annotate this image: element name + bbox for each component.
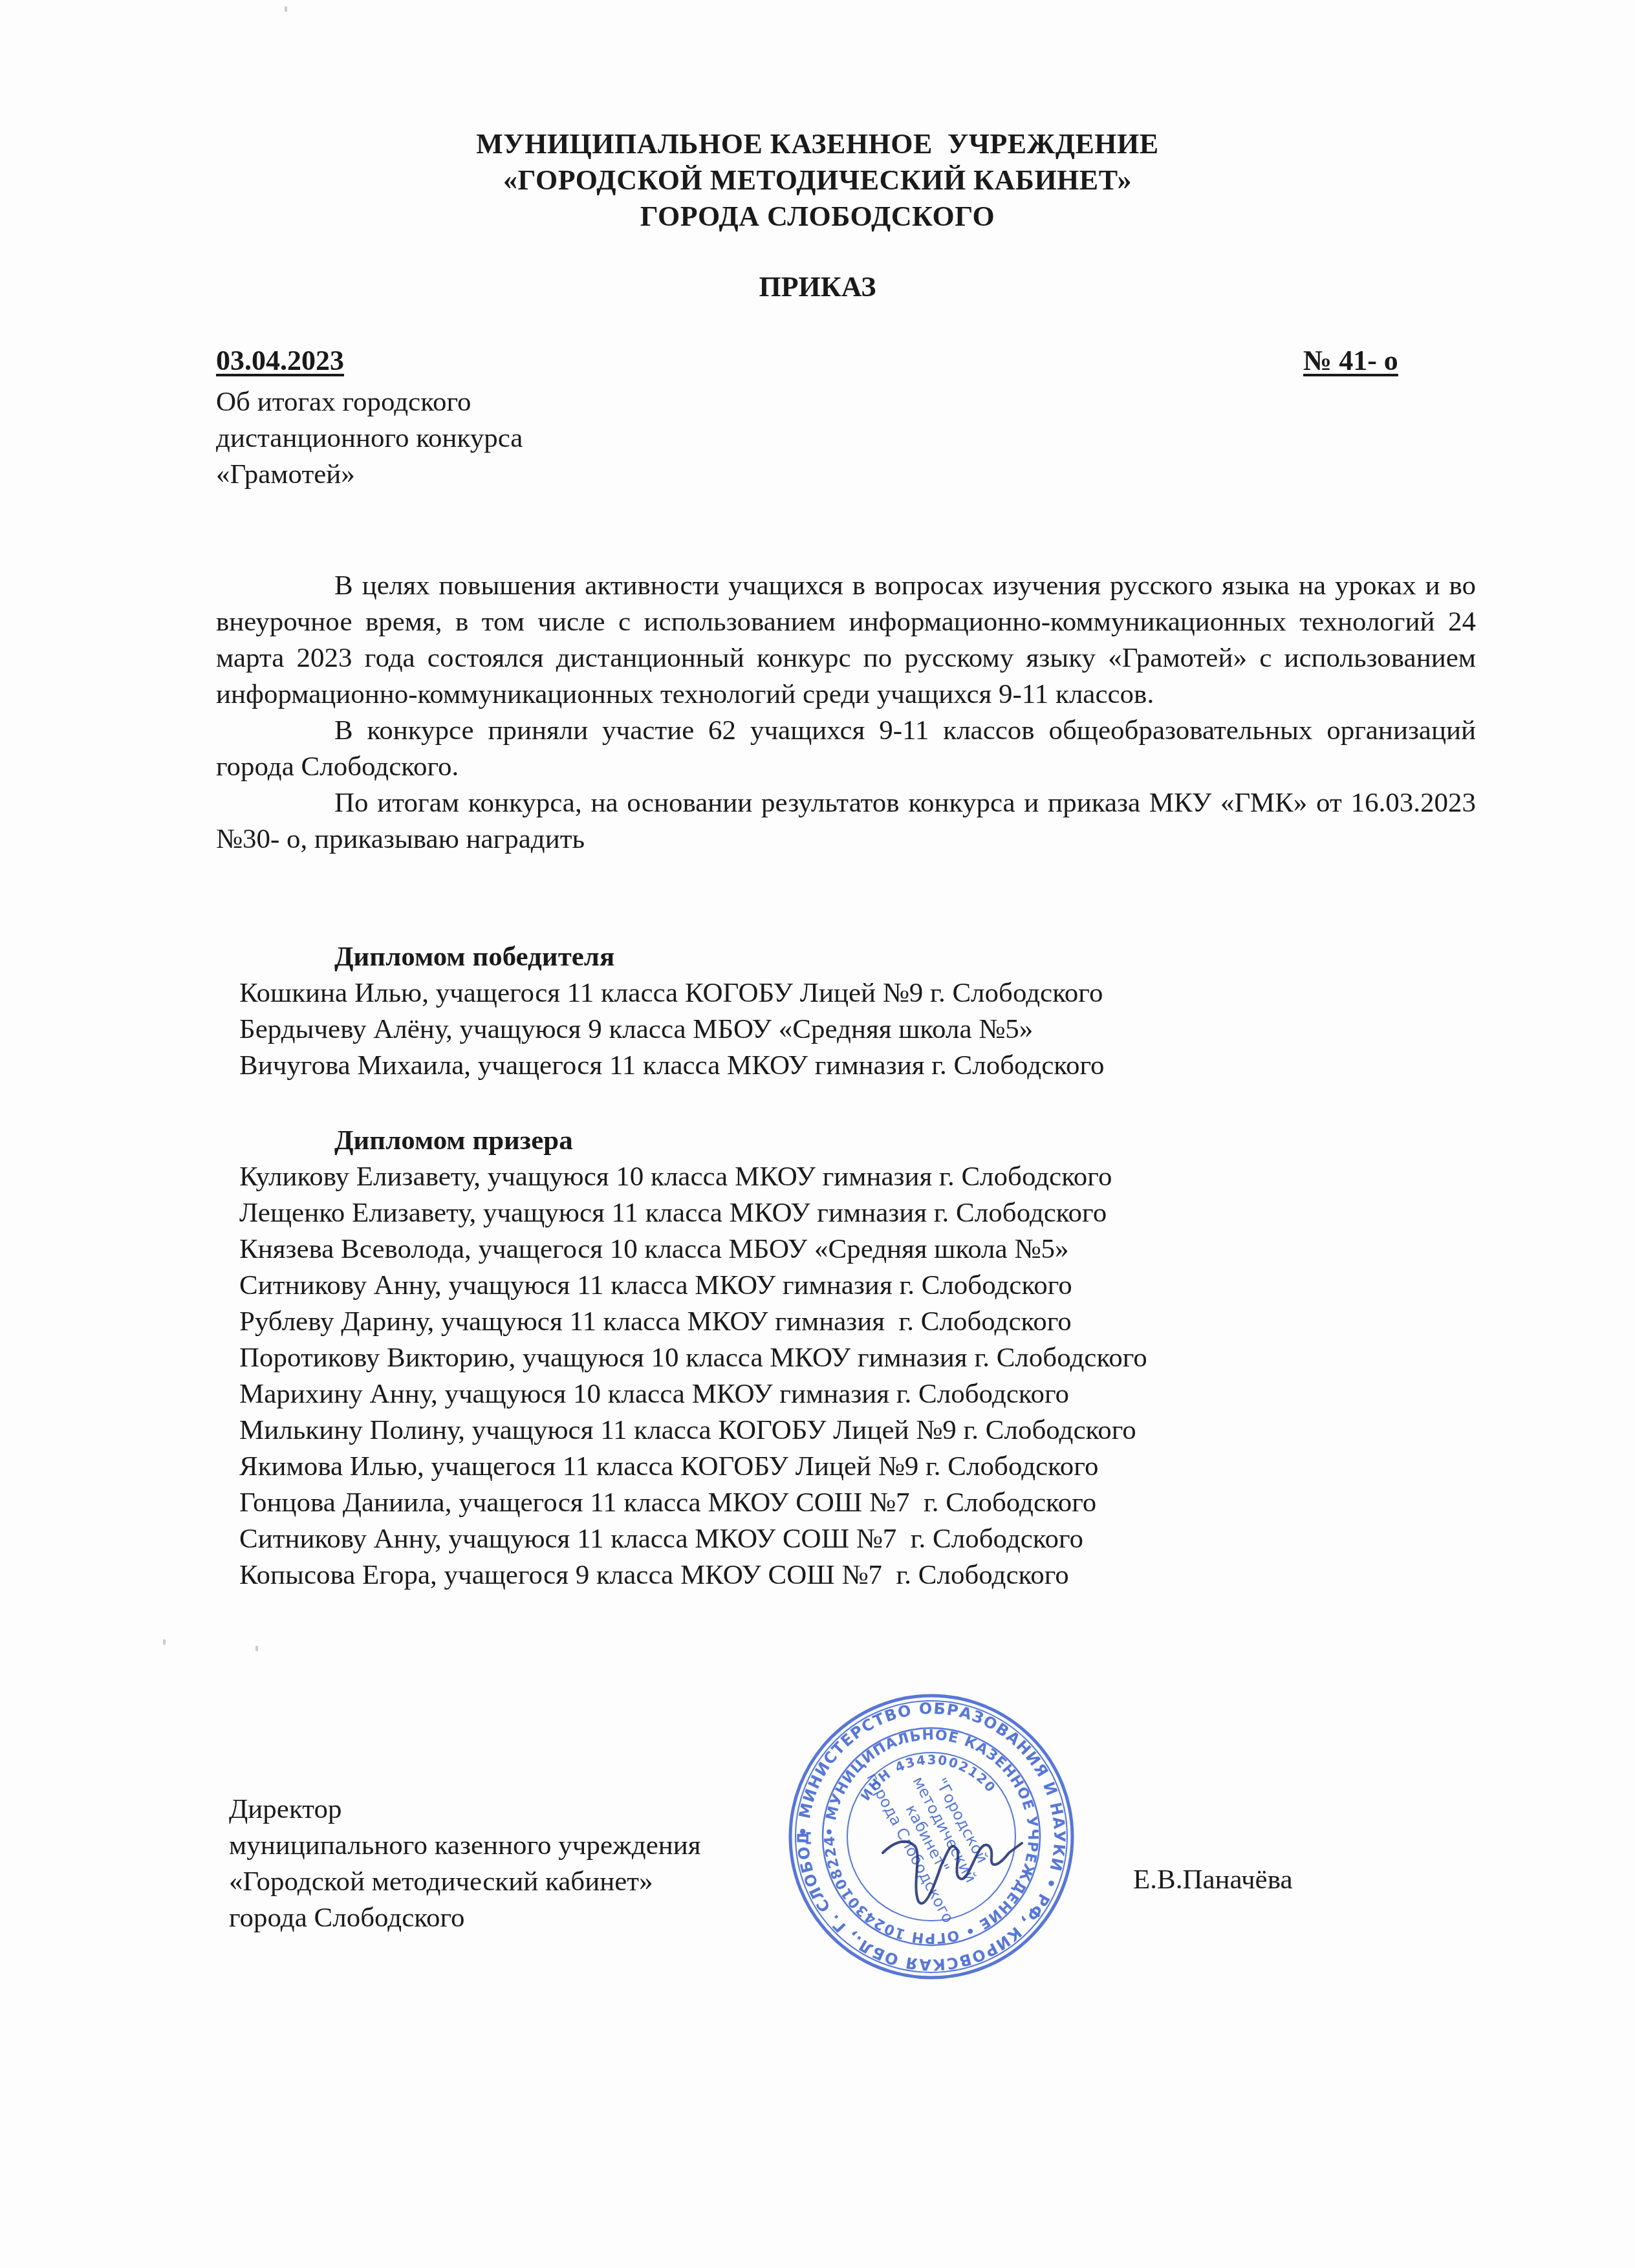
body-paragraph-3: По итогам конкурса, на основании результ… xyxy=(216,785,1476,858)
document-type-title: ПРИКАЗ xyxy=(0,270,1635,303)
document-page: МУНИЦИПАЛЬНОЕ КАЗЕННОЕ УЧРЕЖДЕНИЕ «ГОРОД… xyxy=(0,0,1635,2268)
prize-winner-item: Куликову Елизавету, учащуюся 10 класса М… xyxy=(239,1159,1147,1195)
prize-winners-section: Дипломом призера Куликову Елизавету, уча… xyxy=(239,1123,1147,1593)
position-line-1: Директор xyxy=(229,1791,701,1828)
official-stamp: • МИНИСТЕРСТВО ОБРАЗОВАНИЯ И НАУКИ • РФ,… xyxy=(786,1691,1077,1982)
scan-artifact xyxy=(163,1639,166,1645)
prize-winner-item: Ситникову Анну, учащуюся 11 класса МКОУ … xyxy=(239,1521,1147,1557)
winner-item: Вичугова Михаила, учащегося 11 класса МК… xyxy=(239,1048,1105,1084)
org-name-line-2: «ГОРОДСКОЙ МЕТОДИЧЕСКИЙ КАБИНЕТ» xyxy=(0,162,1635,199)
winners-section: Дипломом победителя Кошкина Илью, учащег… xyxy=(239,939,1105,1084)
order-body: В целях повышения активности учащихся в … xyxy=(216,568,1476,858)
organization-header: МУНИЦИПАЛЬНОЕ КАЗЕННОЕ УЧРЕЖДЕНИЕ «ГОРОД… xyxy=(0,126,1635,235)
org-name-line-3: ГОРОДА СЛОБОДСКОГО xyxy=(0,199,1635,235)
prize-winner-item: Гонцова Даниила, учащегося 11 класса МКО… xyxy=(239,1485,1147,1521)
prize-winner-item: Поротикову Викторию, учащуюся 10 класса … xyxy=(239,1340,1147,1376)
stamp-seal-icon: • МИНИСТЕРСТВО ОБРАЗОВАНИЯ И НАУКИ • РФ,… xyxy=(786,1691,1077,1982)
prize-winner-item: Якимова Илью, учащегося 11 класса КОГОБУ… xyxy=(239,1449,1147,1485)
prize-winner-item: Лещенко Елизавету, учащуюся 11 класса МК… xyxy=(239,1195,1147,1231)
order-subject: Об итогах городского дистанционного конк… xyxy=(216,384,523,493)
scan-artifact xyxy=(255,1646,258,1651)
winner-item: Кошкина Илью, учащегося 11 класса КОГОБУ… xyxy=(239,975,1105,1011)
body-paragraph-2: В конкурсе приняли участие 62 учащихся 9… xyxy=(216,713,1476,785)
prize-winner-item: Копысова Егора, учащегося 9 класса МКОУ … xyxy=(239,1557,1147,1593)
signatory-name: Е.В.Паначёва xyxy=(1133,1864,1293,1895)
body-paragraph-1: В целях повышения активности учащихся в … xyxy=(216,568,1476,713)
winner-item: Бердычеву Алёну, учащуюся 9 класса МБОУ … xyxy=(239,1011,1105,1048)
subject-line-1: Об итогах городского xyxy=(216,384,523,420)
order-number: № 41- о xyxy=(1303,344,1398,377)
prize-winners-title: Дипломом призера xyxy=(239,1123,1147,1159)
order-date: 03.04.2023 xyxy=(216,344,344,377)
scan-artifact xyxy=(285,6,287,12)
position-line-3: «Городской методический кабинет» xyxy=(229,1864,701,1900)
prize-winner-item: Марихину Анну, учащуюся 10 класса МКОУ г… xyxy=(239,1376,1147,1412)
prize-winner-item: Князева Всеволода, учащегося 10 класса М… xyxy=(239,1231,1147,1268)
org-name-line-1: МУНИЦИПАЛЬНОЕ КАЗЕННОЕ УЧРЕЖДЕНИЕ xyxy=(0,126,1635,162)
subject-line-2: дистанционного конкурса xyxy=(216,420,523,457)
position-line-4: города Слободского xyxy=(229,1900,701,1936)
signatory-position: Директор муниципального казенного учрежд… xyxy=(229,1791,701,1936)
prize-winner-item: Ситникову Анну, учащуюся 11 класса МКОУ … xyxy=(239,1268,1147,1304)
prize-winner-item: Рублеву Дарину, учащуюся 11 класса МКОУ … xyxy=(239,1304,1147,1340)
subject-line-3: «Грамотей» xyxy=(216,457,523,493)
prize-winner-item: Милькину Полину, учащуюся 11 класса КОГО… xyxy=(239,1412,1147,1449)
winners-title: Дипломом победителя xyxy=(239,939,1105,975)
position-line-2: муниципального казенного учреждения xyxy=(229,1828,701,1864)
